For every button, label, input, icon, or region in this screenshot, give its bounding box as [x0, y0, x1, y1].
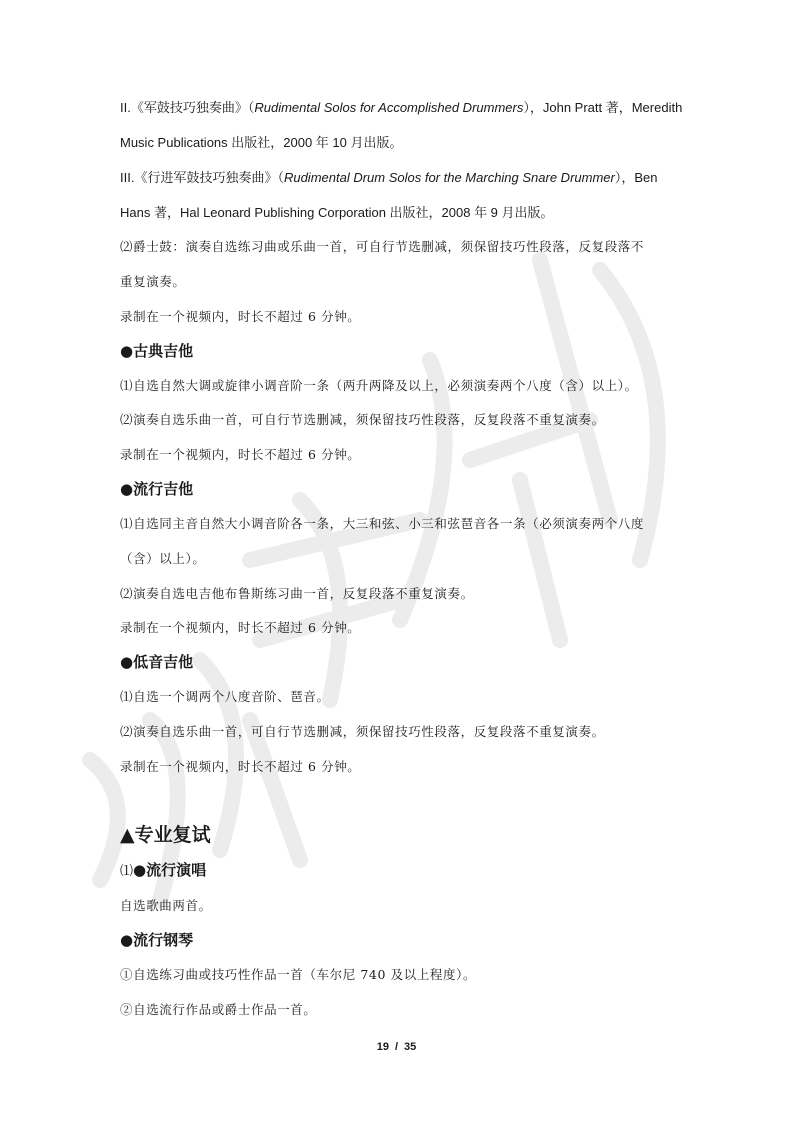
book-title-italic: Rudimental Solos for Accomplished Drumme… [254, 100, 523, 115]
recording-note: 录制在一个视频内，时长不超过 6 分钟。 [120, 309, 360, 325]
page-separator: / [395, 1041, 398, 1053]
reference-line-2: II.《军鼓技巧独奏曲》（Rudimental Solos for Accomp… [120, 100, 682, 116]
section-heading-pop-guitar: ●流行吉他 [120, 480, 193, 498]
reference-line-3-cont: Hans 著，Hal Leonard Publishing Corporatio… [120, 205, 554, 221]
pop-guitar-line-4: 录制在一个视频内，时长不超过 6 分钟。 [120, 620, 360, 636]
text-segment: ），Ben [615, 170, 658, 185]
text-segment: ），John Pratt 著，Meredith [523, 100, 682, 115]
section-heading-retest: ▲专业复试 [120, 824, 211, 846]
classical-guitar-line-3: 录制在一个视频内，时长不超过 6 分钟。 [120, 447, 360, 463]
jazz-drum-requirement: ⑵爵士鼓：演奏自选练习曲或乐曲一首，可自行节选删减，须保留技巧性段落，反复段落不 [120, 239, 644, 255]
pop-piano-line-1: ①自选练习曲或技巧性作品一首（车尔尼 740 及以上程度）。 [120, 967, 476, 983]
section-heading-bass-guitar: ●低音吉他 [120, 653, 193, 671]
pop-vocal-line-1: 自选歌曲两首。 [120, 898, 212, 914]
pop-guitar-line-2: （含）以上）。 [120, 551, 205, 567]
page-total: 35 [404, 1041, 416, 1053]
classical-guitar-line-1: ⑴自选自然大调或旋律小调音阶一条（两升两降及以上，必须演奏两个八度（含）以上）。 [120, 378, 638, 394]
jazz-drum-requirement-cont: 重复演奏。 [120, 274, 186, 290]
subsection-heading-pop-piano: ●流行钢琴 [120, 931, 193, 949]
bass-guitar-line-2: ⑵演奏自选乐曲一首，可自行节选删减，须保留技巧性段落，反复段落不重复演奏。 [120, 724, 605, 740]
reference-line-2-cont: Music Publications 出版社，2000 年 10 月出版。 [120, 135, 402, 151]
reference-line-3: III.《行进军鼓技巧独奏曲》（Rudimental Drum Solos fo… [120, 170, 658, 186]
bass-guitar-line-3: 录制在一个视频内，时长不超过 6 分钟。 [120, 759, 360, 775]
item-number: ⑴ [120, 864, 133, 879]
heading-text: ●流行演唱 [133, 861, 206, 879]
page-number: 19/35 [0, 1041, 793, 1053]
pop-guitar-line-3: ⑵演奏自选电吉他布鲁斯练习曲一首，反复段落不重复演奏。 [120, 586, 474, 602]
section-heading-classical-guitar: ●古典吉他 [120, 342, 193, 360]
document-page: II.《军鼓技巧独奏曲》（Rudimental Solos for Accomp… [0, 0, 793, 1122]
pop-guitar-line-1: ⑴自选同主音自然大小调音阶各一条，大三和弦、小三和弦琶音各一条（必须演奏两个八度 [120, 516, 644, 532]
page-current: 19 [377, 1041, 389, 1053]
text-segment: III.《行进军鼓技巧独奏曲》（ [120, 170, 284, 185]
pop-piano-line-2: ②自选流行作品或爵士作品一首。 [120, 1002, 317, 1018]
subsection-heading-pop-vocal: ⑴●流行演唱 [120, 861, 206, 881]
book-title-italic: Rudimental Drum Solos for the Marching S… [284, 170, 615, 185]
bass-guitar-line-1: ⑴自选一个调两个八度音阶、琶音。 [120, 689, 330, 705]
watermark-stamp [0, 0, 793, 1122]
text-segment: II.《军鼓技巧独奏曲》（ [120, 100, 254, 115]
classical-guitar-line-2: ⑵演奏自选乐曲一首，可自行节选删减，须保留技巧性段落，反复段落不重复演奏。 [120, 412, 605, 428]
